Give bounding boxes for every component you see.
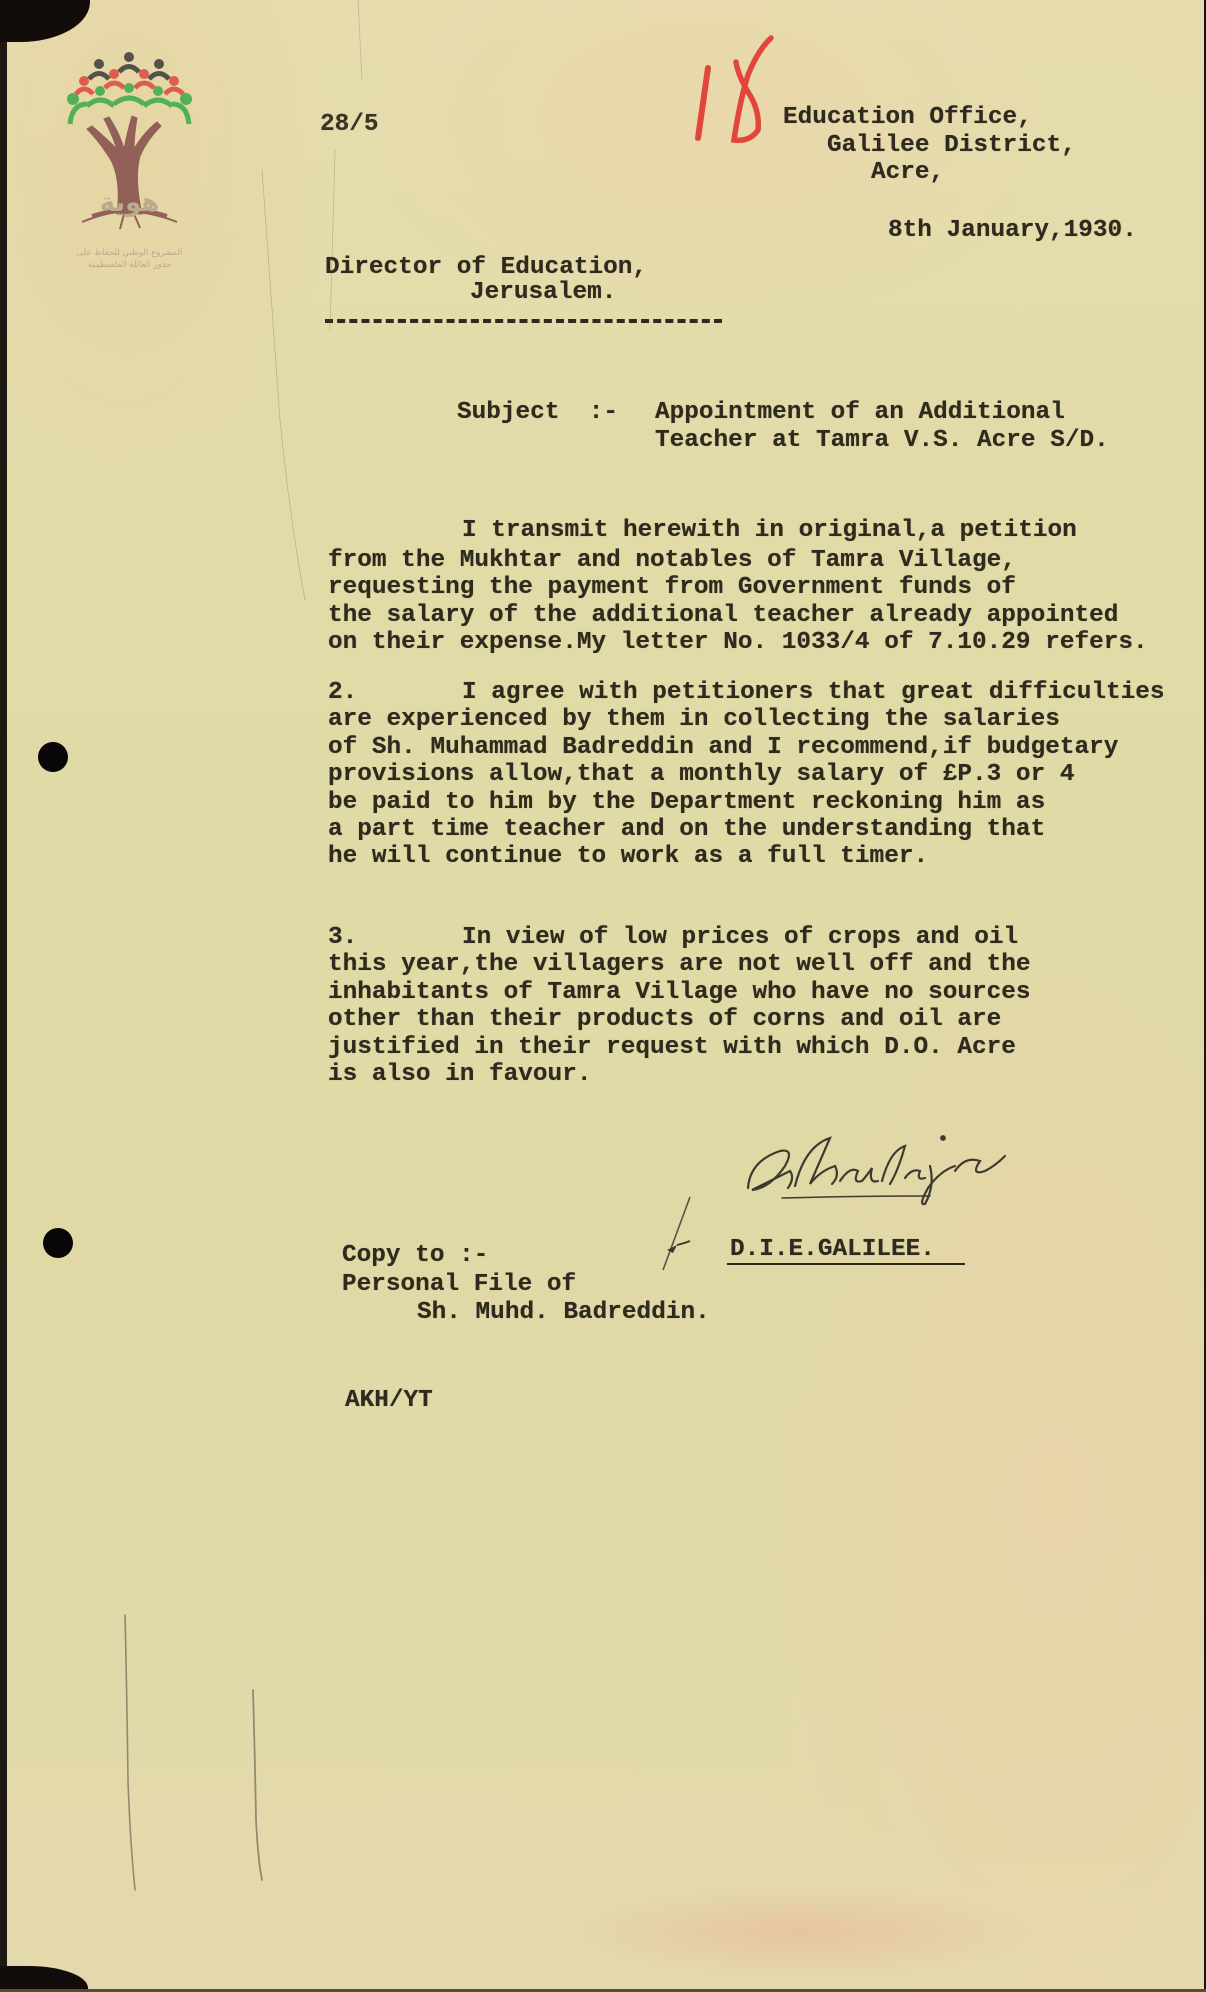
subject-label: Subject :- xyxy=(457,401,618,425)
subject-line-1: Appointment of an Additional xyxy=(655,401,1065,425)
paragraph-3-line: other than their products of corns and o… xyxy=(328,1008,1001,1032)
signatory-underline xyxy=(727,1263,965,1265)
watermark-subtitle-1: المشروع الوطني للحفاظ على xyxy=(52,248,207,258)
file-reference: 28/5 xyxy=(320,113,379,137)
paragraph-3-line: this year,the villagers are not well off… xyxy=(328,953,1031,977)
typist-initials: AKH/YT xyxy=(345,1389,433,1413)
paragraph-1-line: the salary of the additional teacher alr… xyxy=(328,604,1118,628)
paragraph-3-line: is also in favour. xyxy=(328,1063,591,1087)
paragraph-3-line: In view of low prices of crops and oil xyxy=(462,926,1018,950)
paragraph-2-line: a part time teacher and on the understan… xyxy=(328,818,1045,842)
letter-date: 8th January,1930. xyxy=(888,219,1137,243)
handwritten-signature xyxy=(740,1126,1012,1208)
paragraph-2-line: provisions allow,that a monthly salary o… xyxy=(328,763,1074,787)
sender-address-line-3: Acre, xyxy=(871,161,944,185)
paragraph-1-line: on their expense.My letter No. 1033/4 of… xyxy=(328,631,1148,655)
copy-to-line-1: Personal File of xyxy=(342,1273,576,1297)
paragraph-1-line: requesting the payment from Government f… xyxy=(328,576,1016,600)
subject-line-2: Teacher at Tamra V.S. Acre S/D. xyxy=(655,429,1109,453)
addressee-line-2: Jerusalem. xyxy=(470,281,616,305)
paragraph-3-line: inhabitants of Tamra Village who have no… xyxy=(328,981,1031,1005)
paragraph-3-number: 3. xyxy=(328,926,357,950)
page-edge-shadow xyxy=(0,0,7,1992)
copy-to-label: Copy to :- xyxy=(342,1244,488,1268)
family-tree-icon xyxy=(62,44,197,274)
addressee-line-1: Director of Education, xyxy=(325,256,647,280)
pencil-tick-mark xyxy=(655,1195,715,1275)
watermark-title: هوية xyxy=(62,188,197,218)
paragraph-3-line: justified in their request with which D.… xyxy=(328,1036,1016,1060)
paragraph-2-line: I agree with petitioners that great diff… xyxy=(462,681,1165,705)
folio-number-handwritten xyxy=(688,30,788,150)
red-stain xyxy=(560,1885,1040,1980)
sender-address-line-1: Education Office, xyxy=(783,106,1032,130)
paragraph-2-line: he will continue to work as a full timer… xyxy=(328,845,928,869)
watermark-subtitle-2: جذور العائلة الفلسطينية xyxy=(52,260,207,270)
signatory-title: D.I.E.GALILEE. xyxy=(730,1238,935,1262)
paragraph-1-line: I transmit herewith in original,a petiti… xyxy=(462,519,1077,543)
paragraph-2-line: of Sh. Muhammad Badreddin and I recommen… xyxy=(328,736,1118,760)
punch-hole-upper xyxy=(38,742,68,772)
paragraph-2-line: are experienced by them in collecting th… xyxy=(328,708,1060,732)
paragraph-1-line: from the Mukhtar and notables of Tamra V… xyxy=(328,549,1016,573)
separator-line xyxy=(325,319,722,323)
punch-hole-lower xyxy=(43,1228,73,1258)
paragraph-2-number: 2. xyxy=(328,681,357,705)
copy-to-line-2: Sh. Muhd. Badreddin. xyxy=(417,1301,710,1325)
sender-address-line-2: Galilee District, xyxy=(827,134,1076,158)
paragraph-2-line: be paid to him by the Department reckoni… xyxy=(328,791,1045,815)
